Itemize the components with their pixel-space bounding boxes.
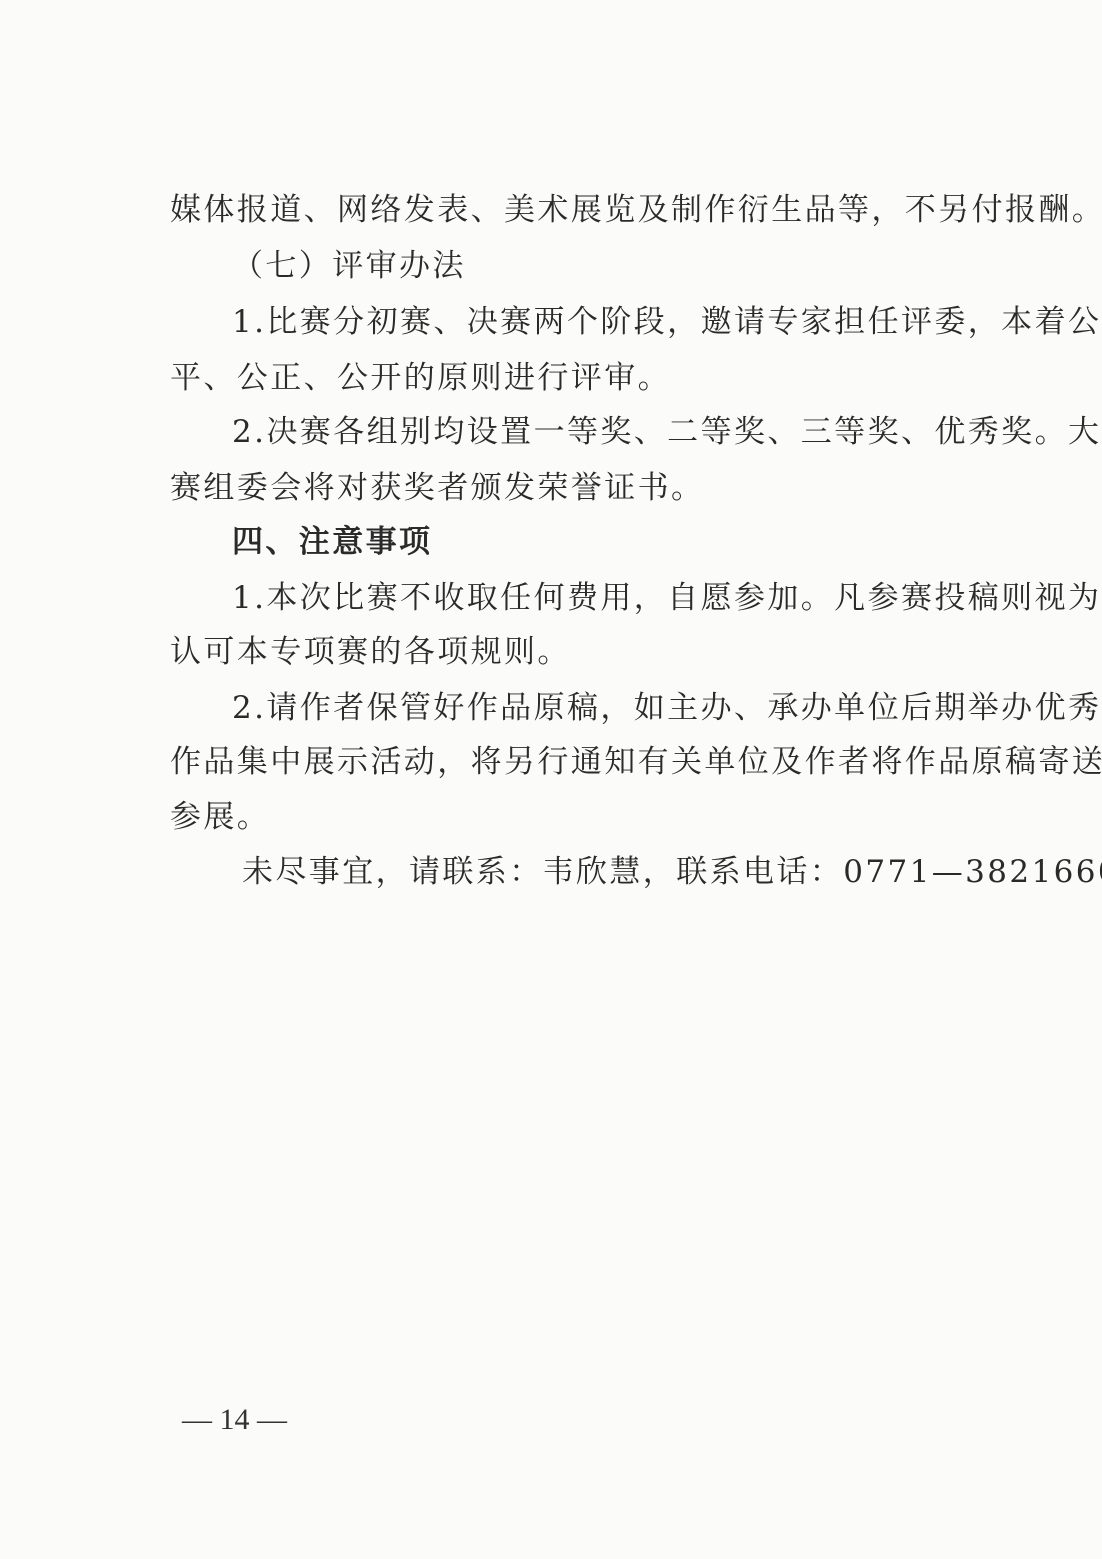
contact-line: 未尽事宜，请联系：韦欣慧，联系电话：0771—3821660。 <box>242 852 1102 892</box>
paragraph-line: 作品集中展示活动，将另行通知有关单位及作者将作品原稿寄送 <box>170 742 1102 782</box>
section-heading-review-method: （七）评审办法 <box>232 246 466 286</box>
paragraph-line: 认可本专项赛的各项规则。 <box>170 632 571 672</box>
paragraph-line: 赛组委会将对获奖者颁发荣誉证书。 <box>170 468 704 508</box>
paragraph-line: 参展。 <box>170 797 270 837</box>
page-number: — 14 — <box>182 1400 287 1440</box>
paragraph-line: 2.决赛各组别均设置一等奖、二等奖、三等奖、优秀奖。大 <box>232 412 1101 452</box>
paragraph-line: 媒体报道、网络发表、美术展览及制作衍生品等，不另付报酬。 <box>170 190 1102 230</box>
paragraph-line: 1.比赛分初赛、决赛两个阶段，邀请专家担任评委，本着公 <box>232 302 1101 342</box>
paragraph-line: 2.请作者保管好作品原稿，如主办、承办单位后期举办优秀 <box>232 688 1101 728</box>
paragraph-line: 平、公正、公开的原则进行评审。 <box>170 358 671 398</box>
paragraph-line: 1.本次比赛不收取任何费用，自愿参加。凡参赛投稿则视为 <box>232 578 1101 618</box>
section-heading-notes: 四、注意事项 <box>232 522 432 562</box>
